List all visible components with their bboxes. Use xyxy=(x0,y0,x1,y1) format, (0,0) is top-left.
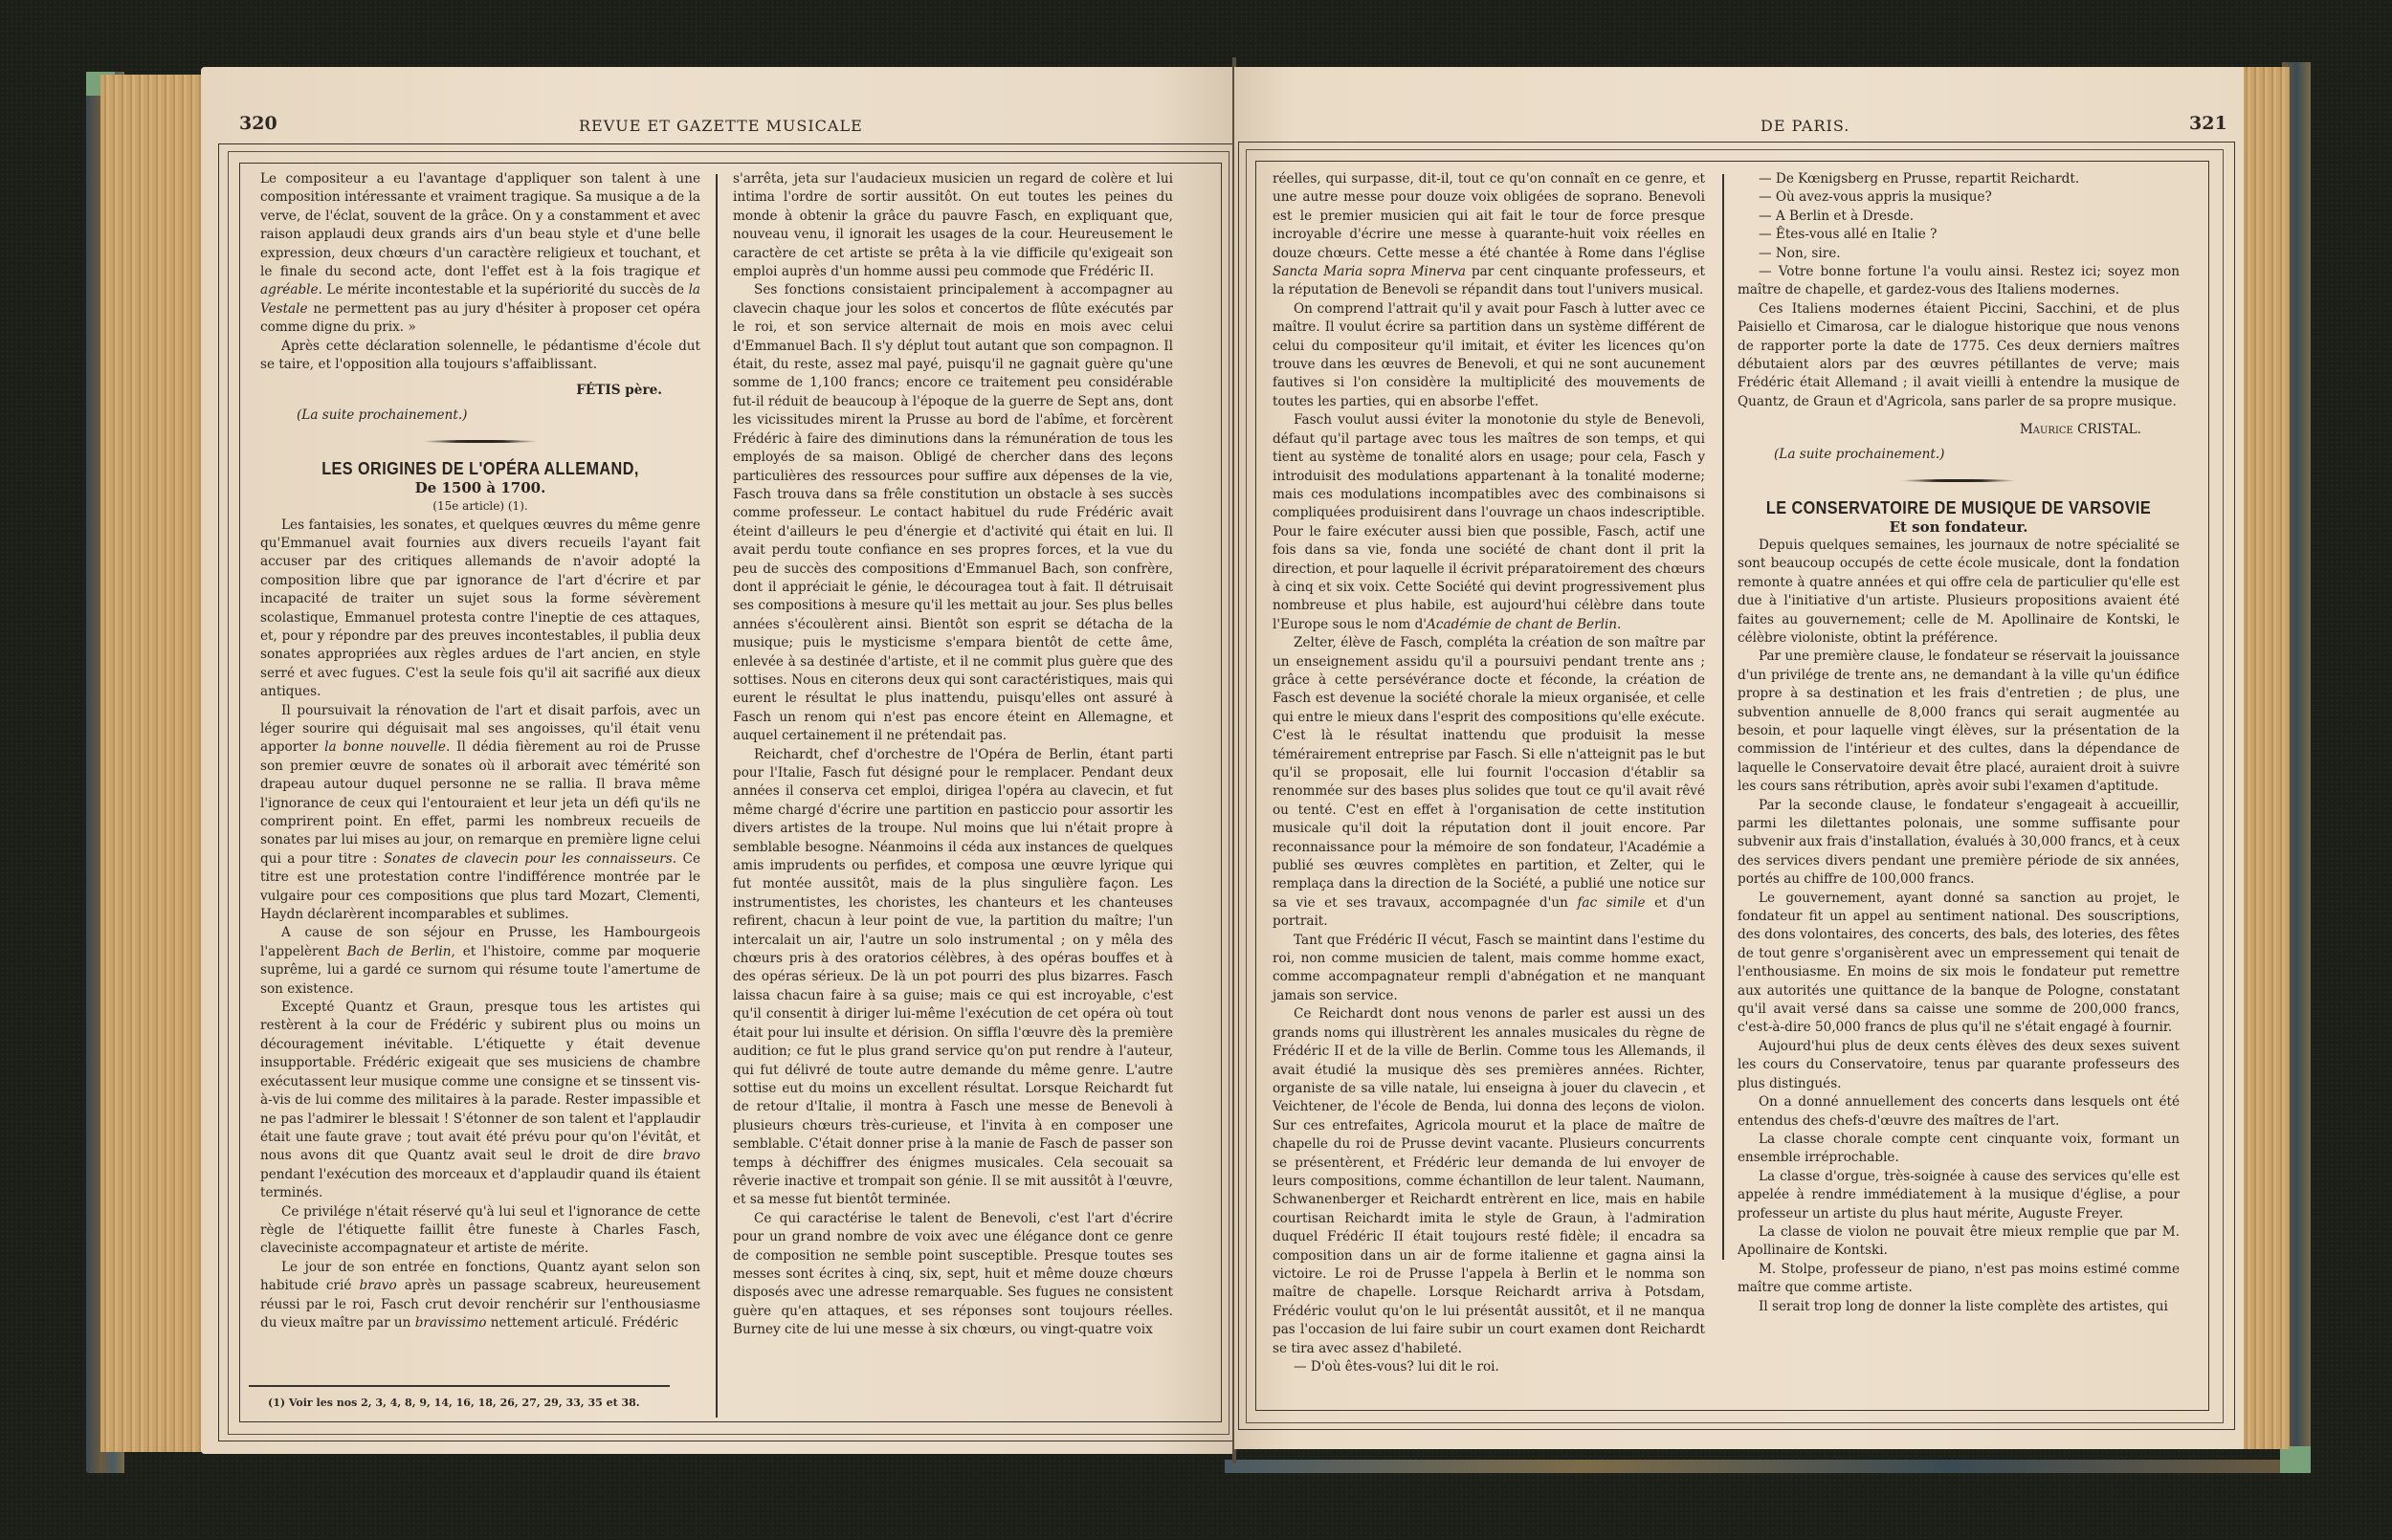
page-number: 320 xyxy=(239,113,277,134)
book-cover-bottom xyxy=(1225,1460,2311,1473)
page-number: 321 xyxy=(2189,113,2227,134)
paragraph: On comprend l'attrait qu'il y avait pour… xyxy=(1273,300,1705,411)
paragraph: Reichardt, chef d'orchestre de l'Opéra d… xyxy=(733,746,1173,1210)
dialogue-line: — A Berlin et à Dresde. xyxy=(1738,208,2180,226)
paragraph: La classe d'orgue, très-soignée à cause … xyxy=(1738,1168,2180,1223)
paragraph: Par une première clause, le fondateur se… xyxy=(1738,648,2180,796)
paragraph: Fasch voulut aussi éviter la monotonie d… xyxy=(1273,411,1705,634)
author-signature: FÉTIS père. xyxy=(260,382,662,400)
paragraph: — D'où êtes-vous? lui dit le roi. xyxy=(1273,1358,1705,1376)
paragraph: Par la seconde clause, le fondateur s'en… xyxy=(1738,797,2180,890)
article-title: LE CONSERVATOIRE DE MUSIQUE DE VARSOVIE xyxy=(1760,499,2158,517)
page-edges-left xyxy=(100,75,206,1452)
dialogue-line: — Non, sire. xyxy=(1738,245,2180,263)
paragraph: Depuis quelques semaines, les journaux d… xyxy=(1738,537,2180,648)
paragraph: Ces Italiens modernes étaient Piccini, S… xyxy=(1738,300,2180,411)
dialogue-line: — Votre bonne fortune l'a voulu ainsi. R… xyxy=(1738,263,2180,300)
paragraph: Il serait trop long de donner la liste c… xyxy=(1738,1298,2180,1316)
column-rule xyxy=(1722,174,1724,1260)
dialogue-line: — De Kœnigsberg en Prusse, repartit Reic… xyxy=(1738,170,2180,188)
paragraph: La classe de violon ne pouvait être mieu… xyxy=(1738,1223,2180,1261)
paragraph: Ce privilége n'était réservé qu'à lui se… xyxy=(260,1203,700,1259)
paragraph: M. Stolpe, professeur de piano, n'est pa… xyxy=(1738,1261,2180,1298)
ornament-divider xyxy=(423,440,538,443)
paragraph: Zelter, élève de Fasch, compléta la créa… xyxy=(1273,634,1705,932)
paragraph: Le gouvernement, ayant donné sa sanction… xyxy=(1738,890,2180,1038)
footnote: (1) Voir les nos 2, 3, 4, 8, 9, 14, 16, … xyxy=(268,1397,640,1409)
right-page-column-2: — De Kœnigsberg en Prusse, repartit Reic… xyxy=(1738,170,2180,1316)
left-page: 320 REVUE ET GAZETTE MUSICALE Le composi… xyxy=(201,67,1234,1454)
paragraph: Excepté Quantz et Graun, presque tous le… xyxy=(260,999,700,1202)
dialogue-line: — Où avez-vous appris la musique? xyxy=(1738,188,2180,207)
paragraph: réelles, qui surpasse, dit-il, tout ce q… xyxy=(1273,170,1705,300)
page-edges-right xyxy=(2242,67,2290,1449)
paragraph: On a donné annuellement des concerts dan… xyxy=(1738,1093,2180,1131)
paragraph: s'arrêta, jeta sur l'audacieux musicien … xyxy=(733,170,1173,281)
article-subtitle: Et son fondateur. xyxy=(1738,518,2180,537)
article-title: LES ORIGINES DE L'OPÉRA ALLEMAND, xyxy=(282,460,678,478)
article-subtitle: De 1500 à 1700. xyxy=(260,479,700,497)
continuation-note: (La suite prochainement.) xyxy=(1774,446,2180,464)
paragraph: Le compositeur a eu l'avantage d'appliqu… xyxy=(260,170,700,338)
cover-corner-right xyxy=(2280,1446,2311,1473)
left-page-column-2: s'arrêta, jeta sur l'audacieux musicien … xyxy=(733,170,1173,1340)
right-page: DE PARIS. 321 réelles, qui surpasse, dit… xyxy=(1234,67,2244,1449)
paragraph: Tant que Frédéric II vécut, Fasch se mai… xyxy=(1273,932,1705,1006)
paragraph: Après cette déclaration solennelle, le p… xyxy=(260,338,700,375)
paragraph: Ce qui caractérise le talent de Benevoli… xyxy=(733,1210,1173,1340)
right-page-column-1: réelles, qui surpasse, dit-il, tout ce q… xyxy=(1273,170,1705,1376)
paragraph: La classe chorale compte cent cinquante … xyxy=(1738,1131,2180,1168)
footnote-rule xyxy=(249,1385,670,1387)
paragraph: A cause de son séjour en Prusse, les Ham… xyxy=(260,924,700,999)
paragraph: Les fantaisies, les sonates, et quelques… xyxy=(260,517,700,702)
column-rule xyxy=(716,174,718,1418)
dialogue-line: — Êtes-vous allé en Italie ? xyxy=(1738,226,2180,244)
left-page-column-1: Le compositeur a eu l'avantage d'appliqu… xyxy=(260,170,700,1332)
paragraph: Ses fonctions consistaient principalemen… xyxy=(733,281,1173,745)
open-book: 320 REVUE ET GAZETTE MUSICALE Le composi… xyxy=(86,57,2311,1473)
running-head: DE PARIS. xyxy=(1761,117,1849,135)
author-signature: Maurice CRISTAL. xyxy=(1738,421,2141,439)
continuation-note: (La suite prochainement.) xyxy=(297,407,700,425)
ornament-divider xyxy=(1901,479,2016,482)
paragraph: Aujourd'hui plus de deux cents élèves de… xyxy=(1738,1038,2180,1093)
article-note: (15e article) (1). xyxy=(260,497,700,516)
paragraph: Le jour de son entrée en fonctions, Quan… xyxy=(260,1259,700,1333)
paragraph: Ce Reichardt dont nous venons de parler … xyxy=(1273,1005,1705,1358)
paragraph: Il poursuivait la rénovation de l'art et… xyxy=(260,702,700,925)
running-head: REVUE ET GAZETTE MUSICALE xyxy=(579,117,863,135)
